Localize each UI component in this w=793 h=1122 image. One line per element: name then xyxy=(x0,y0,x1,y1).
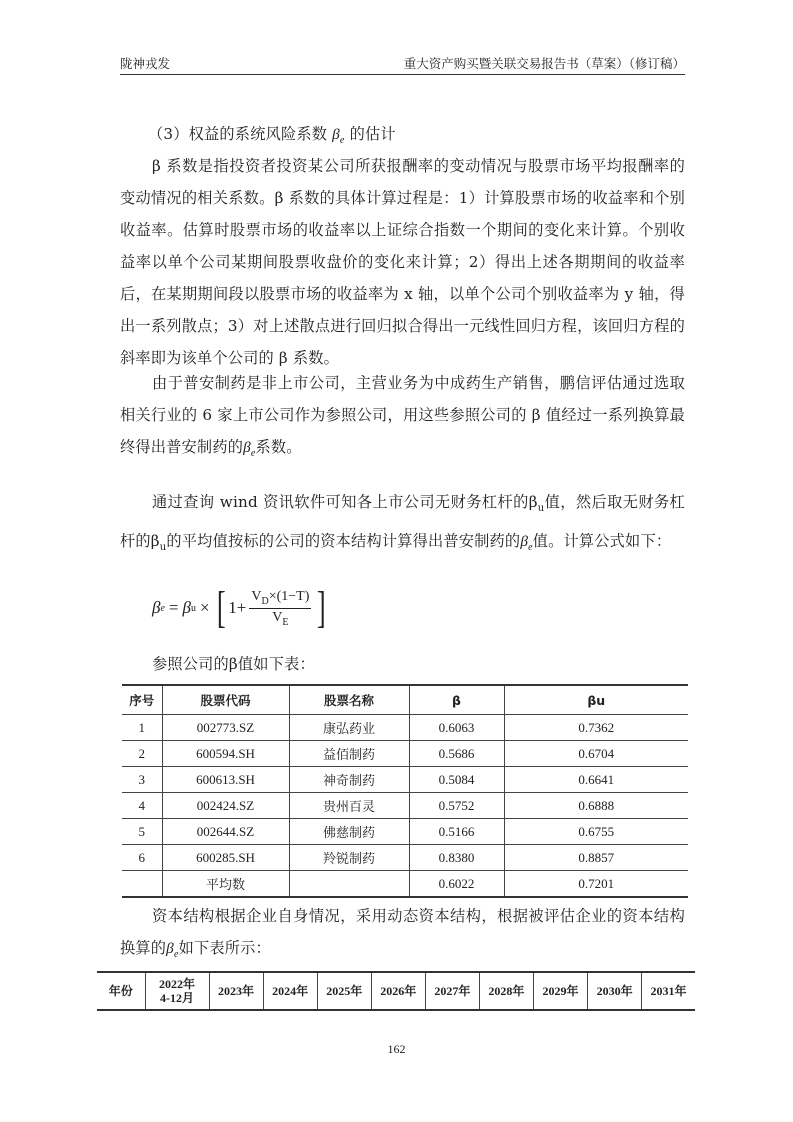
table-row: 6600285.SH羚锐制药0.83800.8857 xyxy=(122,845,688,871)
formula-beta-e: β xyxy=(152,598,160,618)
table-header-row: 年份 2022年4-12月 2023年 2024年 2025年 2026年 20… xyxy=(97,972,695,1010)
formula-numerator: VD×(1−T) xyxy=(249,589,311,609)
header-2023: 2023年 xyxy=(209,972,263,1010)
beta-comparison-table: 序号 股票代码 股票名称 β βu 1002773.SZ康弘药业0.60630.… xyxy=(122,684,688,898)
cell-beta: 0.5686 xyxy=(409,741,504,767)
paragraph-capital-structure: 资本结构根据企业自身情况，采用动态资本结构，根据被评估企业的资本结构换算的βe如… xyxy=(120,900,685,971)
beta-symbol: β xyxy=(166,940,174,957)
cell-beta-u: 0.6755 xyxy=(504,819,688,845)
p3-text-c: 的平均值按标的公司的资本结构计算得出普安制药的 xyxy=(166,532,520,550)
beta-formula: βe = βu × [ 1+ VD×(1−T) VE ] xyxy=(152,583,329,633)
header-beta: β xyxy=(409,685,504,715)
cell-index: 6 xyxy=(122,845,162,871)
header-2027: 2027年 xyxy=(425,972,479,1010)
cell-beta-u: 0.6888 xyxy=(504,793,688,819)
formula-fraction: VD×(1−T) VE xyxy=(249,589,311,628)
section-title-prefix: （3）权益的系统风险系数 xyxy=(148,125,332,143)
header-2026: 2026年 xyxy=(371,972,425,1010)
cell-code: 600613.SH xyxy=(162,767,289,793)
cell-name: 羚锐制药 xyxy=(289,845,409,871)
formula-sub: e xyxy=(160,603,164,614)
header-stock-name: 股票名称 xyxy=(289,685,409,715)
cell-name: 神奇制药 xyxy=(289,767,409,793)
cell-name: 佛慈制药 xyxy=(289,819,409,845)
cell-index: 4 xyxy=(122,793,162,819)
cell-beta-u-average: 0.7201 xyxy=(504,871,688,898)
formula-right-bracket: ] xyxy=(317,586,326,630)
header-2028: 2028年 xyxy=(479,972,533,1010)
cell-code: 002644.SZ xyxy=(162,819,289,845)
cell-name xyxy=(289,871,409,898)
cell-beta-u: 0.6704 xyxy=(504,741,688,767)
ve-sub: E xyxy=(282,617,288,628)
formula-left-bracket: [ xyxy=(217,586,226,630)
cell-beta: 0.6063 xyxy=(409,715,504,741)
header-2025: 2025年 xyxy=(317,972,371,1010)
paragraph-beta-definition: β 系数是指投资者投资某公司所获报酬率的变动情况与股票市场平均报酬率的变动情况的… xyxy=(120,150,685,374)
cell-beta: 0.5084 xyxy=(409,767,504,793)
page-header: 陇神戎发 重大资产购买暨关联交易报告书（草案）（修订稿） xyxy=(120,52,685,75)
header-2029: 2029年 xyxy=(533,972,587,1010)
formula-equals: = xyxy=(169,598,179,618)
cell-beta-u: 0.6641 xyxy=(504,767,688,793)
cell-code: 600594.SH xyxy=(162,741,289,767)
cell-index: 5 xyxy=(122,819,162,845)
formula-denominator: VE xyxy=(272,609,288,628)
paragraph-reference-companies: 由于普安制药是非上市公司，主营业务为中成药生产销售，鹏信评估通过选取相关行业的 … xyxy=(120,367,685,470)
table-row: 2600594.SH益佰制药0.56860.6704 xyxy=(122,741,688,767)
header-index: 序号 xyxy=(122,685,162,715)
cell-name: 益佰制药 xyxy=(289,741,409,767)
header-document-title: 重大资产购买暨关联交易报告书（草案）（修订稿） xyxy=(404,54,685,72)
header-2022-apr-dec: 2022年4-12月 xyxy=(145,972,209,1010)
vd: V xyxy=(251,589,261,604)
p3-text-d: 值。计算公式如下： xyxy=(533,532,672,550)
beta-symbol: β xyxy=(332,126,340,143)
paragraph-wind-query: 通过查询 wind 资讯软件可知各上市公司无财务杠杆的βu值，然后取无财务杠杆的… xyxy=(120,486,685,564)
table-row: 5002644.SZ佛慈制药0.51660.6755 xyxy=(122,819,688,845)
table-average-row: 平均数0.60220.7201 xyxy=(122,871,688,898)
cell-beta: 0.8380 xyxy=(409,845,504,871)
header-year: 年份 xyxy=(97,972,145,1010)
cell-index xyxy=(122,871,162,898)
page-number: 162 xyxy=(0,1042,793,1057)
cell-index: 1 xyxy=(122,715,162,741)
cell-beta-u: 0.7362 xyxy=(504,715,688,741)
header-2024: 2024年 xyxy=(263,972,317,1010)
cell-beta-u: 0.8857 xyxy=(504,845,688,871)
cell-beta-average: 0.6022 xyxy=(409,871,504,898)
p3-text-a: 通过查询 wind 资讯软件可知各上市公司无财务杠杆的β xyxy=(152,493,538,511)
cell-code: 002773.SZ xyxy=(162,715,289,741)
cell-name: 贵州百灵 xyxy=(289,793,409,819)
cell-average-label: 平均数 xyxy=(162,871,289,898)
beta-symbol: β xyxy=(520,533,528,550)
header-2030: 2030年 xyxy=(588,972,642,1010)
year-beta-table: 年份 2022年4-12月 2023年 2024年 2025年 2026年 20… xyxy=(97,971,695,1011)
header-apr-dec: 4-12月 xyxy=(160,991,194,1005)
paragraph-table-intro: 参照公司的β值如下表： xyxy=(120,648,685,680)
cell-beta: 0.5166 xyxy=(409,819,504,845)
p2-text-a: 由于普安制药是非上市公司，主营业务为中成药生产销售，鹏信评估通过选取相关行业的 … xyxy=(120,374,685,456)
header-company: 陇神戎发 xyxy=(120,54,170,72)
cell-index: 2 xyxy=(122,741,162,767)
formula-one-plus: 1+ xyxy=(228,598,246,618)
table-row: 3600613.SH神奇制药0.50840.6641 xyxy=(122,767,688,793)
p5-text-b: 如下表所示： xyxy=(179,939,271,957)
tax-term: ×(1−T) xyxy=(269,589,310,604)
header-stock-code: 股票代码 xyxy=(162,685,289,715)
table-row: 1002773.SZ康弘药业0.60630.7362 xyxy=(122,715,688,741)
cell-code: 002424.SZ xyxy=(162,793,289,819)
cell-index: 3 xyxy=(122,767,162,793)
header-2031: 2031年 xyxy=(642,972,695,1010)
beta-symbol: β xyxy=(243,439,251,456)
cell-name: 康弘药业 xyxy=(289,715,409,741)
header-2022: 2022年 xyxy=(159,977,195,991)
table-row: 4002424.SZ贵州百灵0.57520.6888 xyxy=(122,793,688,819)
table-header-row: 序号 股票代码 股票名称 β βu xyxy=(122,685,688,715)
cell-code: 600285.SH xyxy=(162,845,289,871)
formula-beta-u: β xyxy=(183,598,191,618)
cell-beta: 0.5752 xyxy=(409,793,504,819)
ve: V xyxy=(272,610,282,625)
formula-times: × xyxy=(200,598,210,618)
formula-sub: u xyxy=(191,603,196,614)
header-beta-u: βu xyxy=(504,685,688,715)
section-title-suffix: 的估计 xyxy=(345,125,396,143)
p2-text-b: 系数。 xyxy=(256,438,302,456)
vd-sub: D xyxy=(261,596,268,607)
